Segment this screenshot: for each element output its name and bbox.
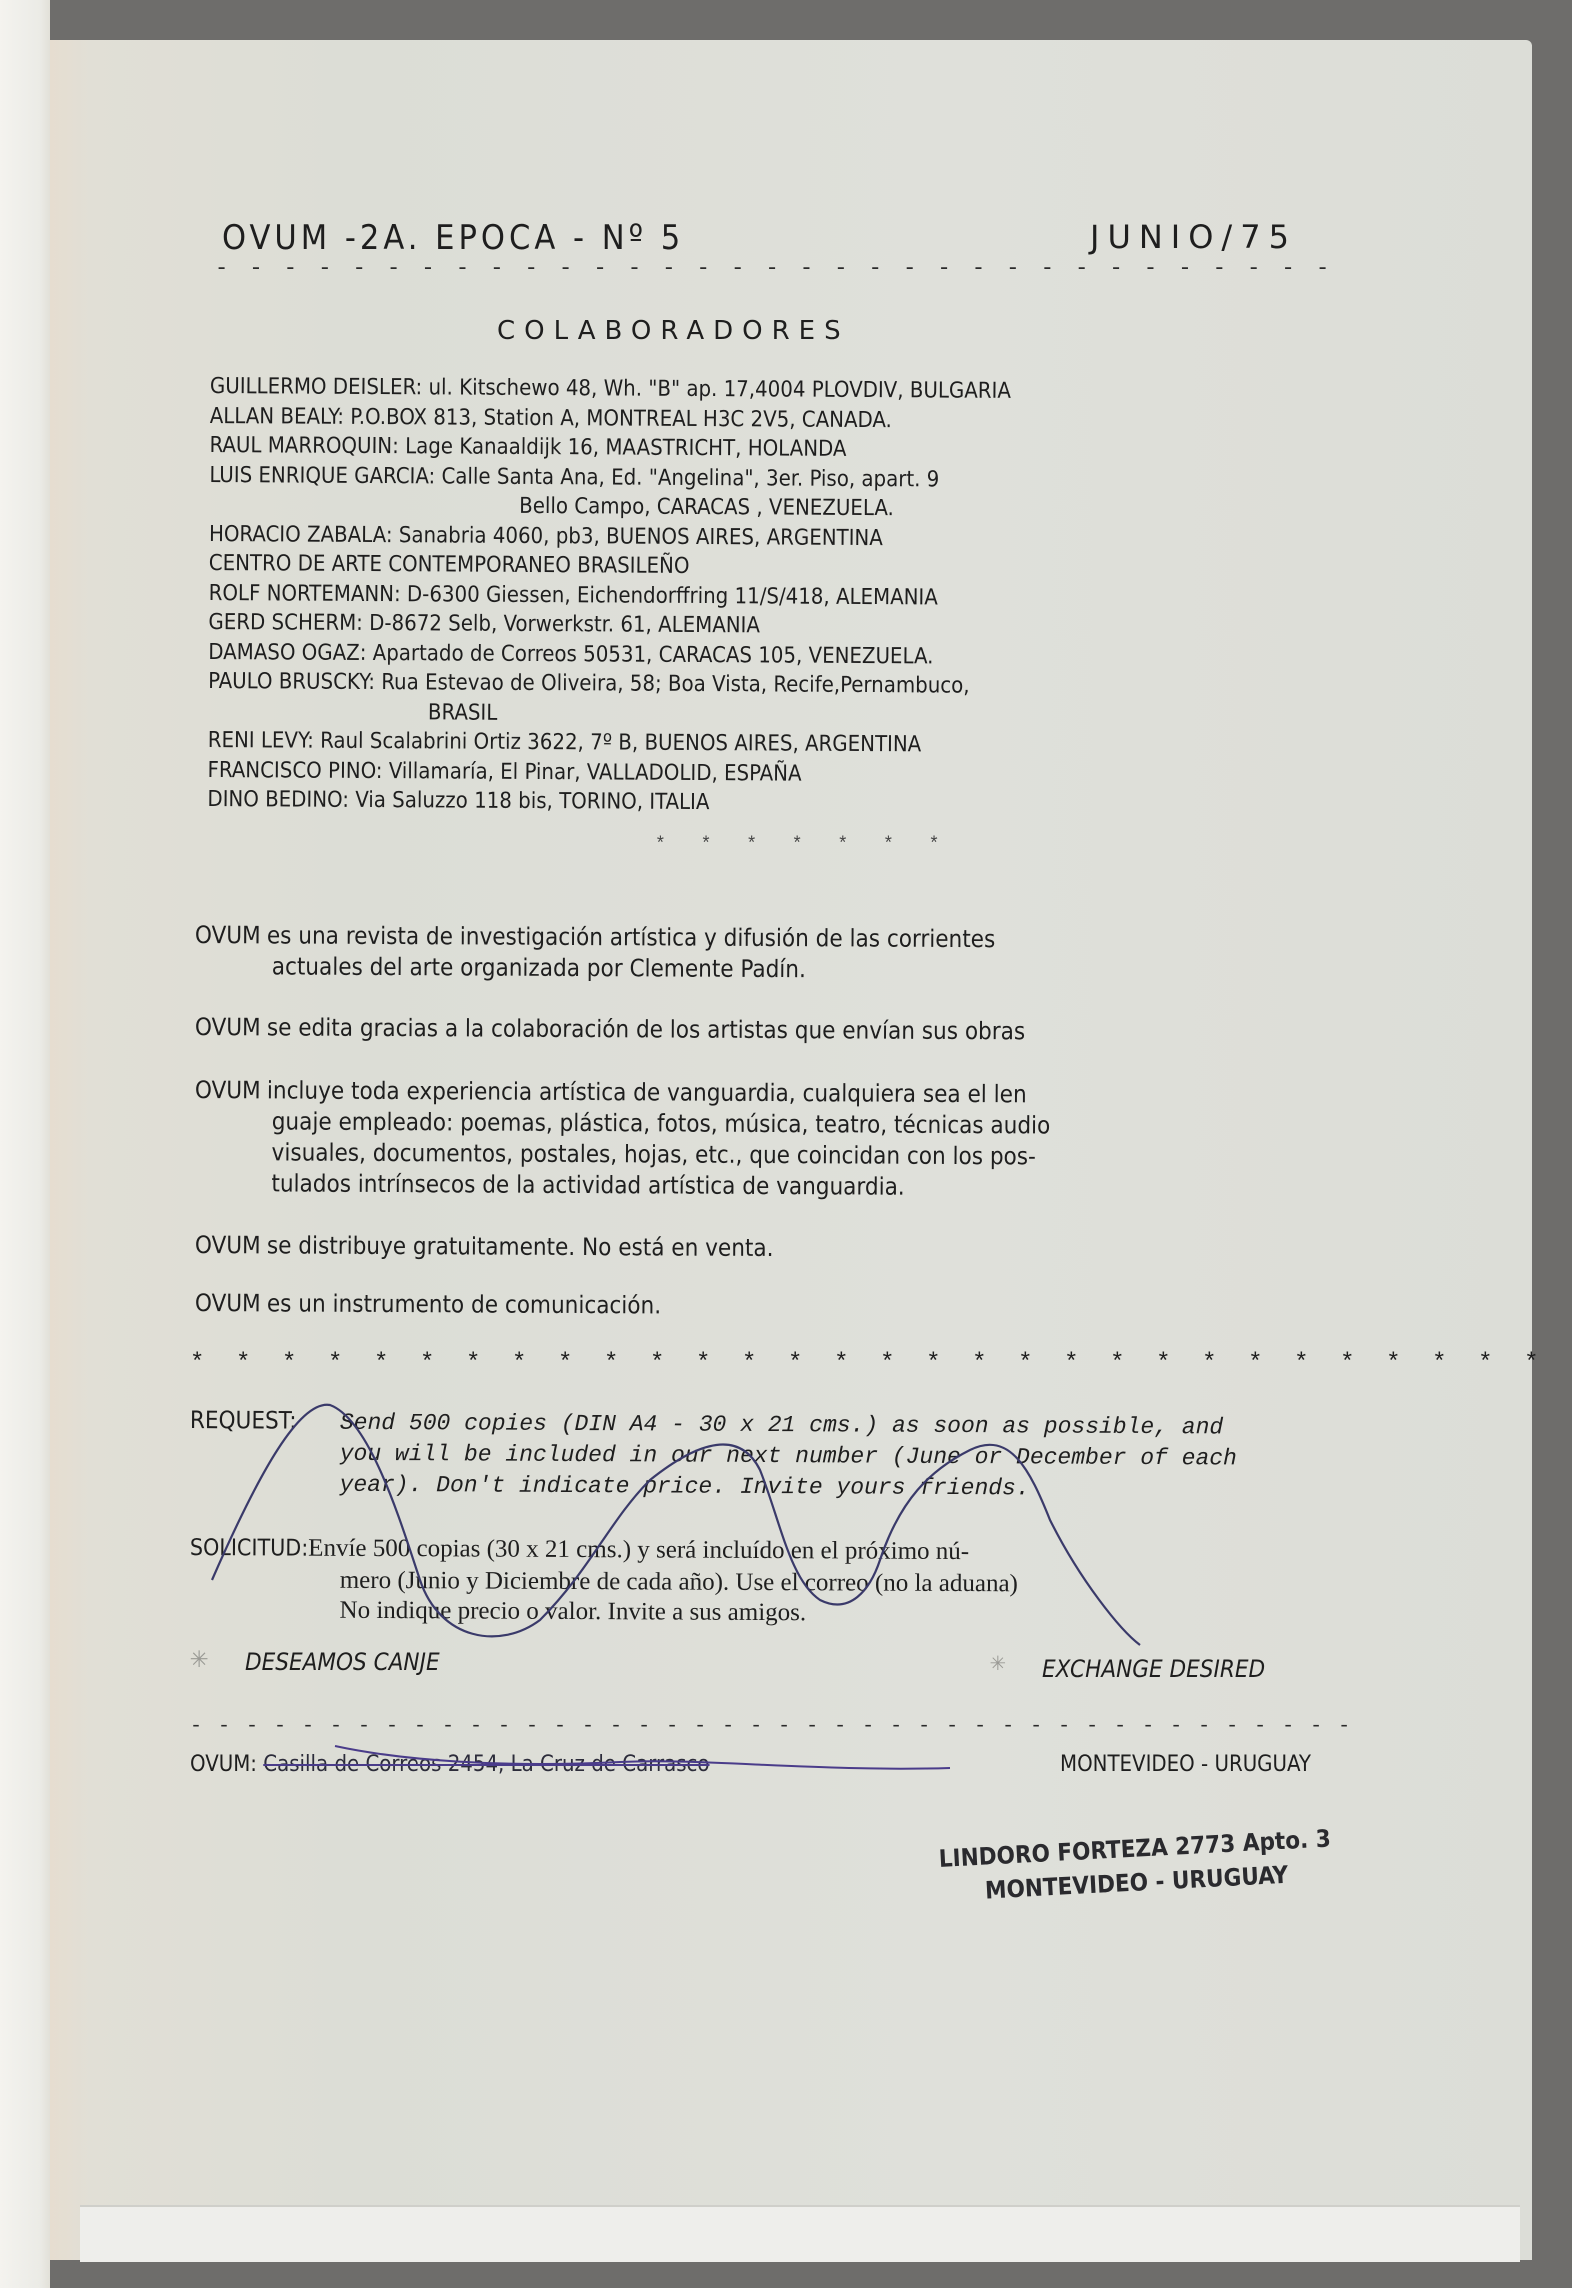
collaborator-name: RAUL MARROQUIN (209, 433, 392, 459)
colon: : (307, 729, 320, 754)
colon: : (428, 464, 441, 489)
collaborator-name: FRANCISCO PINO (207, 757, 375, 783)
statement-lead: OVUM (195, 1230, 267, 1261)
colon: : (368, 670, 381, 695)
statement-text: es una revista de investigación artístic… (267, 921, 995, 953)
statement-text: se edita gracias a la colaboración de lo… (267, 1013, 1025, 1045)
request-line: Send 500 copies (DIN A4 - 30 x 21 cms.) … (340, 1410, 1223, 1441)
statement-text: se distribuye gratuitamente. No está en … (267, 1231, 774, 1262)
collaborator-address: Raul Scalabrini Ortiz 3622, 7º B, BUENOS… (320, 729, 921, 758)
collaborator-name: LUIS ENRIQUE GARCIA (209, 462, 428, 488)
collaborator-name: ALLAN BEALY (210, 403, 338, 429)
statement-line: OVUMes un instrumento de comunicación. (195, 1288, 1375, 1325)
statement-line: OVUMse edita gracias a la colaboración d… (195, 1012, 1375, 1049)
collaborator-address: Sanabria 4060, pb3, BUENOS AIRES, ARGENT… (399, 523, 883, 551)
paper-bottom-edge (80, 2205, 1520, 2262)
statement-text: incluye toda experiencia artística de va… (267, 1076, 1027, 1108)
colon: : (415, 375, 428, 400)
collaborator-address: Calle Santa Ana, Ed. "Angelina", 3er. Pi… (441, 464, 939, 492)
colon: : (360, 640, 373, 665)
solicitud-label: SOLICITUD: (190, 1535, 308, 1562)
collaborator-address: Apartado de Correos 50531, CARACAS 105, … (373, 640, 934, 668)
adjacent-page-strip (0, 0, 50, 2288)
solicitud-block: SOLICITUD:Envíe 500 copias (30 x 21 cms.… (190, 1533, 1390, 1632)
collaborator-address: P.O.BOX 813, Station A, MONTREAL H3C 2V5… (350, 404, 892, 432)
exchange-spanish: DESEAMOS CANJE (245, 1648, 440, 1676)
struck-address: Casilla de Correos 2454, La Cruz de Carr… (263, 1752, 709, 1777)
collaborator-name: GUILLERMO DEISLER (210, 374, 416, 400)
collaborator-address: D-6300 Giessen, Eichendorffring 11/S/418… (407, 582, 938, 610)
statement-lead: OVUM (195, 1075, 267, 1106)
request-block: REQUEST:Send 500 copies (DIN A4 - 30 x 2… (190, 1405, 1390, 1506)
statement-text: es un instrumento de comunicación. (267, 1289, 661, 1319)
header-divider: - - - - - - - - - - - - - - - - - - - - … (215, 256, 1335, 281)
collaborator-address: ul. Kitschewo 48, Wh. "B" ap. 17,4004 PL… (428, 375, 1011, 404)
issue-label: OVUM -2A. EPOCA - Nº 5 (222, 218, 684, 258)
statement-lead: OVUM (195, 920, 267, 951)
collaborator-name: CENTRO DE ARTE CONTEMPORANEO BRASILEÑO (209, 551, 690, 579)
asterisk-divider: * * * * * * * * * * * * * * * * * * * * … (190, 1350, 1572, 1377)
statement-paragraph: OVUMincluye toda experiencia artística d… (194, 1075, 1375, 1205)
footer-lead: OVUM: (190, 1752, 257, 1777)
request-line: year). Don't indicate price. Invite your… (190, 1469, 1390, 1506)
section-separator: * * * * * * * (655, 835, 951, 855)
statement-lead: OVUM (195, 1012, 267, 1043)
statement-paragraph: OVUMse edita gracias a la colaboración d… (195, 1012, 1375, 1049)
collaborator-address: Villamaría, El Pinar, VALLADOLID, ESPAÑA (389, 759, 802, 787)
asterisk-stamp-icon: ✳ (990, 1647, 1006, 1678)
collaborator-name: GERD SCHERM (208, 610, 356, 636)
colon: : (342, 788, 355, 813)
colon: : (356, 611, 369, 636)
collaborator-address: Lage Kanaaldijk 16, MAASTRICHT, HOLANDA (405, 434, 847, 462)
statement-paragraph: OVUMes un instrumento de comunicación. (195, 1288, 1375, 1325)
collaborator-name: RENI LEVY (208, 728, 308, 754)
statement-line: tulados intrínsecos de la actividad artí… (194, 1168, 1374, 1205)
collaborators-list: GUILLERMO DEISLER: ul. Kitschewo 48, Wh.… (207, 372, 1360, 822)
collaborator-name: PAULO BRUSCKY (208, 669, 368, 695)
collaborators-title: COLABORADORES (497, 316, 850, 346)
footer-address: OVUM: Casilla de Correos 2454, La Cruz d… (190, 1752, 710, 1777)
collaborator-address: Rua Estevao de Oliveira, 58; Boa Vista, … (381, 670, 969, 699)
colon: : (337, 404, 350, 429)
asterisk-stamp-icon: ✳ (190, 1640, 208, 1677)
statement-lead: OVUM (195, 1288, 267, 1319)
statement-line: OVUMse distribuye gratuitamente. No está… (195, 1230, 1375, 1267)
collaborator-address: Via Saluzzo 118 bis, TORINO, ITALIA (355, 788, 709, 815)
colon: : (392, 434, 405, 459)
solicitud-line: No indique precio o valor. Invite a sus … (190, 1595, 1390, 1632)
issue-date: JUNIO/75 (1090, 218, 1297, 256)
statement-paragraph: OVUMse distribuye gratuitamente. No está… (195, 1230, 1375, 1267)
footer-divider: - - - - - - - - - - - - - - - - - - - - … (190, 1715, 1365, 1738)
colon: : (394, 582, 407, 607)
statement-paragraph: OVUMes una revista de investigación artí… (195, 920, 1375, 988)
exchange-english: EXCHANGE DESIRED (1042, 1655, 1265, 1683)
solicitud-line: Envíe 500 copias (30 x 21 cms.) y será i… (308, 1535, 969, 1565)
footer-city: MONTEVIDEO - URUGUAY (1060, 1752, 1311, 1777)
collaborator-name: HORACIO ZABALA (209, 521, 386, 547)
collaborator-name: DINO BEDINO (207, 787, 342, 813)
collaborator-name: DAMASO OGAZ (208, 639, 360, 665)
statement-line: actuales del arte organizada por Clement… (195, 951, 1375, 988)
collaborator-address: D-8672 Selb, Vorwerkstr. 61, ALEMANIA (369, 611, 760, 638)
colon: : (376, 759, 389, 784)
collaborator-name: ROLF NORTEMANN (209, 580, 395, 606)
colon: : (386, 523, 399, 548)
request-label: REQUEST: (190, 1405, 340, 1437)
